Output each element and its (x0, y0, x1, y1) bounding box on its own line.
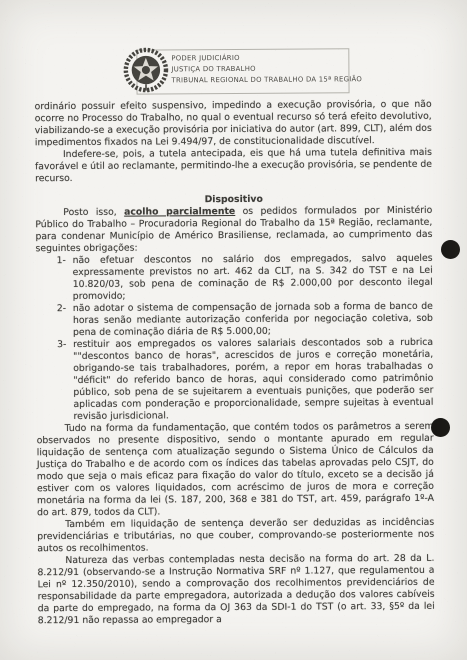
list-item-number: 1- (57, 255, 66, 267)
court-letterhead-text: PODER JUDICIÁRIO JUSTIÇA DO TRABALHO TRI… (171, 52, 347, 86)
list-item: 3-restituir aos empregados os valores sa… (36, 337, 434, 423)
paragraph: Também em liquidação de sentença deverão… (37, 517, 434, 555)
paragraph: Indefere-se, pois, a tutela antecipada, … (35, 147, 432, 185)
text-segment: Também em liquidação de sentença deverão… (37, 517, 434, 554)
punch-hole-mark (441, 240, 460, 259)
text-segment: não efetuar descontos no salário dos emp… (73, 253, 433, 302)
paragraph: ordinário possuir efeito suspensivo, imp… (35, 99, 432, 149)
paragraph: Natureza das verbas contempladas nesta d… (37, 553, 434, 627)
list-item: 2-não adotar o sistema de compensação de… (36, 301, 433, 339)
list-item-number: 2- (57, 303, 66, 315)
list-item-number: 3- (57, 339, 66, 351)
text-segment: acolho parcialmente (124, 206, 235, 218)
text-segment: não adotar o sistema de compensação de j… (73, 301, 433, 338)
text-segment: restituir aos empregados os valores sala… (73, 337, 433, 422)
scan-content: PODER JUDICIÁRIO JUSTIÇA DO TRABALHO TRI… (0, 0, 467, 660)
text-segment: Tudo na forma da fundamentação, que cont… (37, 421, 434, 518)
scanned-document-page: PODER JUDICIÁRIO JUSTIÇA DO TRABALHO TRI… (0, 0, 467, 660)
text-segment: Dispositivo (205, 194, 263, 205)
paragraph: Tudo na forma da fundamentação, que cont… (37, 421, 435, 519)
text-segment: Indefere-se, pois, a tutela antecipada, … (35, 147, 432, 184)
punch-hole-mark (431, 418, 450, 437)
brazil-coat-of-arms-icon (122, 46, 169, 93)
document-body: ordinário possuir efeito suspensivo, imp… (35, 99, 435, 627)
paragraph: Posto isso, acolho parcialmente os pedid… (35, 205, 432, 255)
text-segment: ordinário possuir efeito suspensivo, imp… (35, 99, 432, 148)
text-segment: Posto isso, (63, 207, 124, 218)
letterhead-line-3: TRIBUNAL REGIONAL DO TRABALHO DA 15ª REG… (171, 74, 347, 86)
text-segment: Natureza das verbas contempladas nesta d… (37, 553, 434, 626)
list-item: 1-não efetuar descontos no salário dos e… (36, 253, 433, 303)
